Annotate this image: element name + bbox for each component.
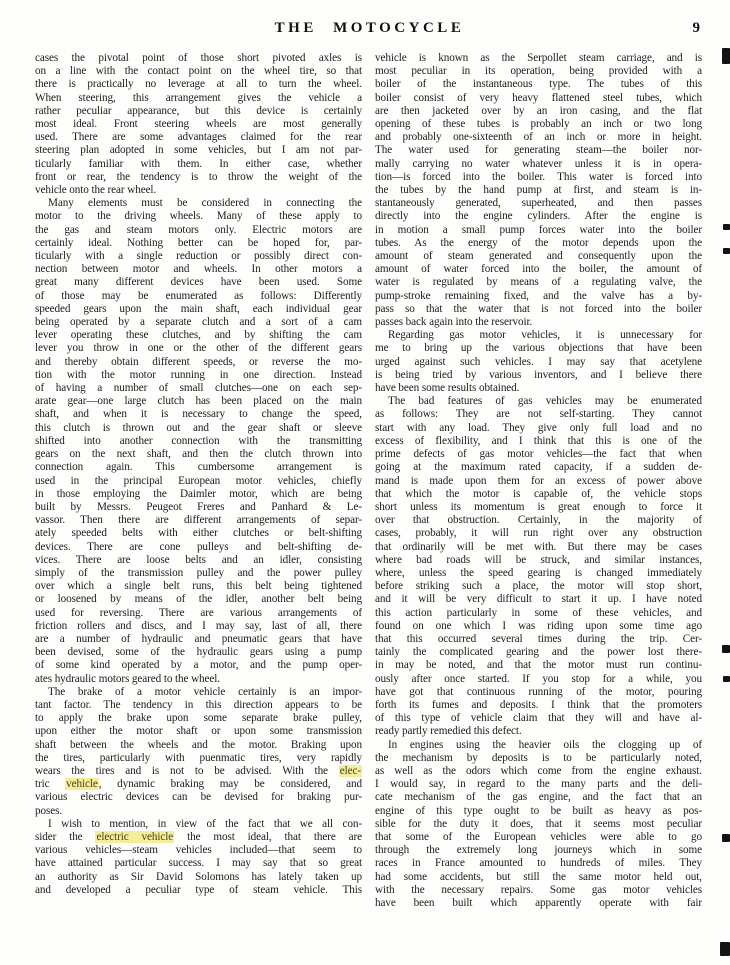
text-line: various vehicles—steam vehicles included… [35,844,362,857]
text-line: in motion a small pump forces water into… [375,224,702,237]
paragraph: cases the pivotal point of those short p… [35,52,362,197]
paragraph: I wish to mention, in view of the fact t… [35,818,362,897]
text-line: shifted into another connection with the… [35,435,362,448]
text-line: ates hydraulic motors geared to the whee… [35,673,362,686]
edge-ink-mark [720,942,730,956]
text-line: most ideal. Front steering wheels are mo… [35,118,362,131]
right-column: vehicle is known as the Serpollet steam … [375,52,702,910]
text-line: I wish to mention, in view of the fact t… [35,818,362,831]
text-line: this action particularly in some of thes… [375,607,702,620]
text-line: have been some results obtained. [375,382,702,395]
paragraph: The bad features of gas vehicles may be … [375,395,702,738]
text-line: had some accidents, but still the same m… [375,871,702,884]
text-line: of this type of vehicle claim that they … [375,712,702,725]
text-line: motor to the driving wheels. Many of the… [35,210,362,223]
paragraph: Regarding gas motor vehicles, it is unne… [375,329,702,395]
text-line: amount of water forced into the boiler, … [375,263,702,276]
text-line: tainly the complicated gearing and the p… [375,646,702,659]
text-line: tant factor. The tendency in this direct… [35,699,362,712]
text-line: used. There are some advantages claimed … [35,131,362,144]
text-line: vices. There are loose belts and an idle… [35,554,362,567]
text-line: cate mechanism of the gas engine, and th… [375,791,702,804]
text-line: races in France amounted to hundreds of … [375,857,702,870]
text-line: lever you throw in one or the other of t… [35,342,362,355]
text-line: me to bring up the various objections th… [375,342,702,355]
text-line: with the necessary repairs. Some gas mot… [375,884,702,897]
search-highlight: elec- [339,765,362,777]
text-line: cases the pivotal point of those short p… [35,52,362,65]
text-line: boiler of the instantaneous type. The tu… [375,78,702,91]
text-line: sider the electric vehicle the most idea… [35,831,362,844]
text-line: over which a single belt runs, this belt… [35,580,362,593]
text-line: cases, probably, it will run right over … [375,527,702,540]
text-line: found on one which I was riding upon som… [375,620,702,633]
text-line: have been built which apparently operate… [375,897,702,910]
text-line: this clutch is thrown out and the gear s… [35,422,362,435]
text-line: ately speeded belts with either clutches… [35,527,362,540]
text-line: been devised, some of the hydraulic gear… [35,646,362,659]
text-line: before striking such a place, the motor … [375,580,702,593]
text-line: of those may be enumerated as follows: D… [35,290,362,303]
text-line: shaft, and when it is necessary to chang… [35,408,362,421]
text-line: shaft between the wheels and the motor. … [35,739,362,752]
text-line: mally carrying no water whatever unless … [375,158,702,171]
text-line: boiler consist of very heavy flattened s… [375,92,702,105]
text-line: great many different devices have been u… [35,276,362,289]
text-line: The water used for generating steam—the … [375,144,702,157]
text-line: tion—is forced into the boiler. This wat… [375,171,702,184]
text-line: that which the motor is capable of, the … [375,488,702,501]
text-line: vehicle is known as the Serpollet steam … [375,52,702,65]
text-line: the tires, particularly with puenmatic t… [35,752,362,765]
text-line: that ordinarily will be met with. But th… [375,541,702,554]
left-column: cases the pivotal point of those short p… [35,52,362,910]
text-line: ready partly remedied this defect. [375,725,702,738]
text-line: Regarding gas motor vehicles, it is unne… [375,329,702,342]
paragraph: In engines using the heavier oils the cl… [375,739,702,911]
text-line: of some kind operated by a motor, and th… [35,659,362,672]
text-line: The bad features of gas vehicles may be … [375,395,702,408]
text-line: excess of flexibility, and I think that … [375,435,702,448]
text-line: as follows: They are not self-starting. … [375,408,702,421]
text-line: urged against such vehicles. I may say t… [375,356,702,369]
edge-ink-mark [723,676,730,682]
text-line: in may be noted, and that the motor must… [375,659,702,672]
text-line: pump-stroke remaining fixed, and the val… [375,290,702,303]
edge-ink-mark [722,834,730,842]
text-line: various electric devices can be devised … [35,791,362,804]
text-line: or loosened by means of the idler, anoth… [35,593,362,606]
text-line: ously after once started. If you stop fo… [375,673,702,686]
text-line: are then jacketed over by an iron casing… [375,105,702,118]
text-line: vassor. Then there are different arrange… [35,514,362,527]
text-line: there is practically no leverage at all … [35,78,362,91]
text-line: When steering, this arrangement gives th… [35,92,362,105]
paragraph: Many elements must be considered in conn… [35,197,362,686]
text-line: upon either the motor shaft or upon some… [35,725,362,738]
text-line: and thereby obtain different speeds, or … [35,356,362,369]
text-line: gears on the next shaft, and then the cl… [35,448,362,461]
text-line: vehicle onto the rear wheel. [35,184,362,197]
text-line: used in the principal European motor veh… [35,475,362,488]
page-title: THE MOTOCYCLE [35,20,704,37]
text-line: the tubes by the hand pump at first, and… [375,184,702,197]
text-line: lever operating these clutches, and by s… [35,329,362,342]
edge-ink-mark [722,645,730,653]
text-line: devices. There are cone pulleys and belt… [35,541,362,554]
text-line: tion with the motor running in one direc… [35,369,362,382]
text-line: ticularly with a single reduction or pos… [35,250,362,263]
text-line: opening of these tubes is probably an in… [375,118,702,131]
text-line: that some of the European vehicles were … [375,831,702,844]
text-columns: cases the pivotal point of those short p… [35,52,702,910]
text-line: to apply the brake upon some separate br… [35,712,362,725]
text-line: and developed a peculiar type of steam v… [35,884,362,897]
text-line: an authority as Sir David Solomons has l… [35,871,362,884]
paragraph: The brake of a motor vehicle certainly i… [35,686,362,818]
text-line: the gas and steam motors only. Electric … [35,224,362,237]
text-line: that this occurred several times during … [375,633,702,646]
text-line: short unless its momentum is great enoug… [375,501,702,514]
text-line: are a number of hydraulic and pneumatic … [35,633,362,646]
text-line: tric vehicle, dynamic braking may be con… [35,778,362,791]
text-line: In engines using the heavier oils the cl… [375,739,702,752]
text-line: Many elements must be considered in conn… [35,197,362,210]
book-page-scan: THE MOTOCYCLE 9 cases the pivotal point … [0,0,730,965]
text-line: have attained particular success. I may … [35,857,362,870]
text-line: steering plan adopted in some vehicles, … [35,144,362,157]
text-line: is being tried by various inventors, and… [375,369,702,382]
text-line: amount of steam generated and consequent… [375,250,702,263]
text-line: connection again. This cumbersome arrang… [35,461,362,474]
text-line: built by Messrs. Peugeot Freres and Panh… [35,501,362,514]
text-line: rather peculiar appearance, but this dev… [35,105,362,118]
text-line: simply of the transmission pulley and th… [35,567,362,580]
text-line: water is regulated by means of a regulat… [375,276,702,289]
text-line: tubes. As the energy of the motor depend… [375,237,702,250]
text-line: where, unless the speed gearing is chang… [375,567,702,580]
text-line: forth its fumes and deposits. I think th… [375,699,702,712]
text-line: speeded gears upon the main shaft, each … [35,303,362,316]
edge-ink-mark [723,248,730,254]
running-header: THE MOTOCYCLE 9 [35,20,704,42]
text-line: the mechanism by deposits is to be parti… [375,752,702,765]
search-highlight: vehicle [65,778,99,790]
text-line: poses. [35,805,362,818]
text-line: front or rear, the tendency is to throw … [35,171,362,184]
text-line: engine of this type ought to be built as… [375,805,702,818]
text-line: arate gear—one large clutch has been pla… [35,395,362,408]
text-line: sible for the duty it does, that it seem… [375,818,702,831]
text-line: used for reversing. There are various ar… [35,607,362,620]
search-highlight: electric vehicle [95,831,174,843]
text-line: nection between motor and wheels. In oth… [35,263,362,276]
edge-ink-mark [723,224,730,230]
page-number: 9 [693,20,701,37]
text-line: and it will be very difficult to start i… [375,593,702,606]
text-line: stantaneously generated, superheated, an… [375,197,702,210]
text-line: on a line with the contact point on the … [35,65,362,78]
text-line: have got that continuous running of the … [375,686,702,699]
text-line: friction rollers and discs, and I may sa… [35,620,362,633]
text-line: as well as the odors which come from the… [375,765,702,778]
text-line: pass so that the water that is not force… [375,303,702,316]
text-line: going at the maximum rated capacity, if … [375,461,702,474]
text-line: over that obstruction. Certainly, in the… [375,514,702,527]
text-line: most peculiar in its operation, being pr… [375,65,702,78]
text-line: I would say, in regard to the many parts… [375,778,702,791]
text-line: start with any load. They give only full… [375,422,702,435]
text-line: through the extremely long journeys whic… [375,844,702,857]
edge-ink-mark [722,48,730,64]
text-line: ticularly familiar with them. In either … [35,158,362,171]
text-line: prime defects of gas motor vehicles—the … [375,448,702,461]
text-line: where bad roads will be struck, and simi… [375,554,702,567]
text-line: The brake of a motor vehicle certainly i… [35,686,362,699]
paragraph: vehicle is known as the Serpollet steam … [375,52,702,329]
text-line: of having a number of small clutches—one… [35,382,362,395]
text-line: passes back again into the reservoir. [375,316,702,329]
text-line: and probably one-sixteenth of an inch or… [375,131,702,144]
text-line: mand is made upon them for an excess of … [375,475,702,488]
text-line: being operated by a separate clutch and … [35,316,362,329]
text-line: in those employing the Daimler motor, wh… [35,488,362,501]
text-line: wears the tires and is not to be advised… [35,765,362,778]
text-line: directly into the engine cylinders. Afte… [375,210,702,223]
text-line: certainly ideal. Nothing better can be h… [35,237,362,250]
